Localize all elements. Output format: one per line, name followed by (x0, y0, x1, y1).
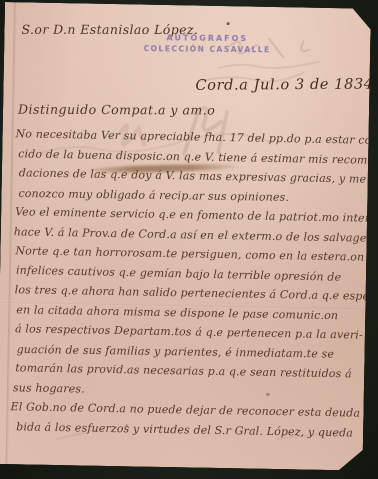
collection-stamp: AUTÓGRAFOS COLECCIÓN CASAVALLE (122, 33, 292, 55)
letter-photo: S.or D.n Estanislao López. AUTÓGRAFOS CO… (0, 0, 378, 479)
paper-speck (227, 22, 230, 25)
letter-paper: S.or D.n Estanislao López. AUTÓGRAFOS CO… (0, 2, 371, 471)
stamp-line-1: AUTÓGRAFOS (122, 33, 292, 44)
paper-speck (125, 424, 128, 427)
paper-speck (266, 393, 270, 396)
letter-body: No necesitaba Ver su apreciable fha. 17 … (10, 124, 360, 442)
salutation: Distinguido Compat.a y am.o (18, 102, 215, 118)
stamp-line-2: COLECCIÓN CASAVALLE (122, 44, 292, 55)
dateline: Cord.a Jul.o 3 de 1834. (195, 76, 378, 93)
